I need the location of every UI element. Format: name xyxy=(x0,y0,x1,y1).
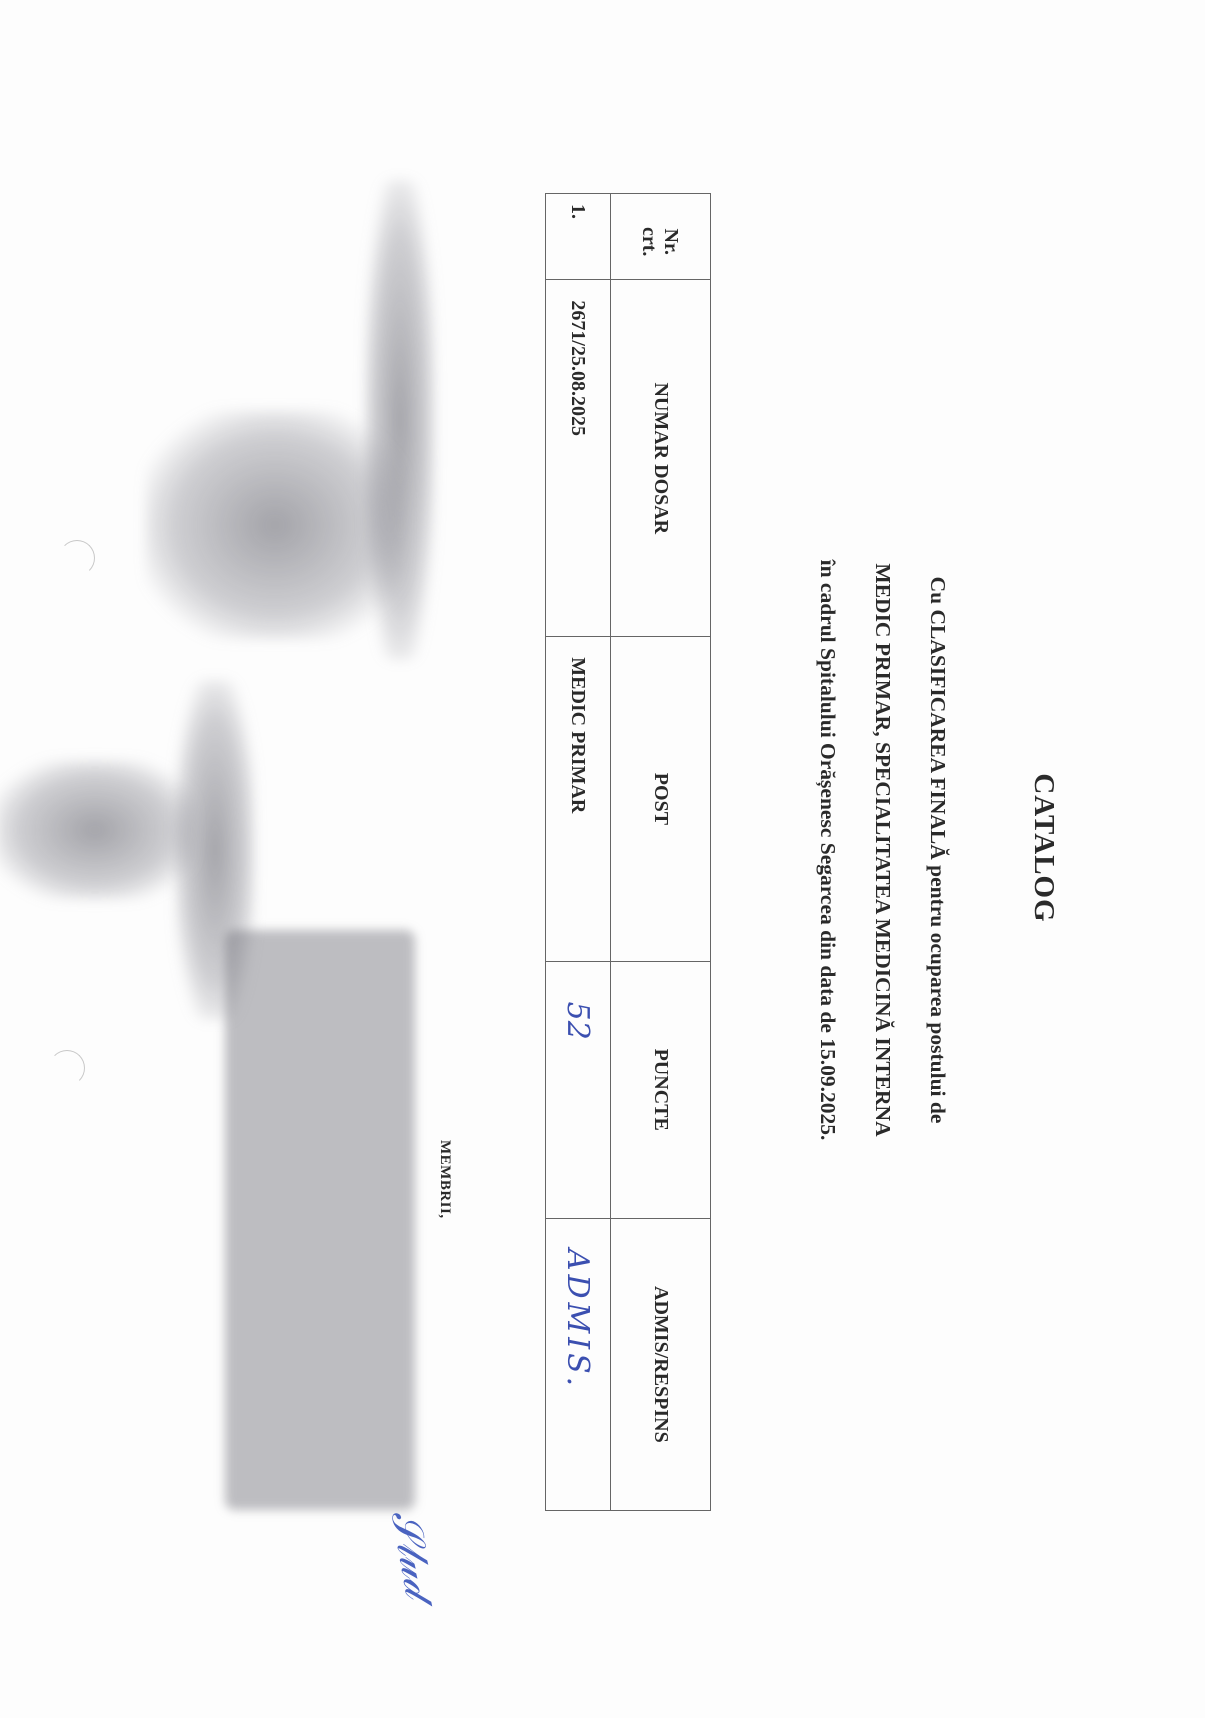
header-puncte: PUNCTE xyxy=(611,961,711,1218)
punch-hole-mark xyxy=(49,1050,85,1086)
subtitle-line-3: în cadrul Spitalului Orășenesc Segarcea … xyxy=(815,500,840,1200)
header-nr-line2: crt. xyxy=(639,227,661,256)
redacted-signature-2 xyxy=(145,410,405,640)
table-row: 1. 2671/25.08.2025 MEDIC PRIMAR 52 ADMIS… xyxy=(546,194,611,1511)
members-label: MEMBRII, xyxy=(436,1140,453,1219)
punch-hole-mark xyxy=(59,540,95,576)
header-post: POST xyxy=(611,637,711,961)
header-admis-respins: ADMIS/RESPINS xyxy=(611,1218,711,1510)
subtitle-line-2: MEDIC PRIMAR, SPECIALITATEA MEDICINĂ INT… xyxy=(870,500,895,1200)
cell-nr: 1. xyxy=(546,194,611,280)
header-numar-dosar: NUMAR DOSAR xyxy=(611,280,711,637)
cell-admis-handwritten: ADMIS. xyxy=(546,1218,611,1510)
classification-table: Nr. crt. NUMAR DOSAR POST PUNCTE ADMIS/R… xyxy=(545,193,711,1511)
cell-numar-dosar: 2671/25.08.2025 xyxy=(546,280,611,637)
header-nr-crt: Nr. crt. xyxy=(611,194,711,280)
redacted-names-block xyxy=(225,930,415,1510)
redacted-signature-4 xyxy=(0,760,195,900)
header-nr-line1: Nr. xyxy=(661,228,683,254)
scanned-document-page: CATALOG Cu CLASIFICAREA FINALĂ pentru oc… xyxy=(0,0,1205,1718)
subtitle-line-1: Cu CLASIFICAREA FINALĂ pentru ocuparea p… xyxy=(925,500,950,1200)
document-title: CATALOG xyxy=(1027,753,1060,943)
cell-post: MEDIC PRIMAR xyxy=(546,637,611,961)
cell-puncte-handwritten: 52 xyxy=(546,961,611,1218)
table-header-row: Nr. crt. NUMAR DOSAR POST PUNCTE ADMIS/R… xyxy=(611,194,711,1511)
handwritten-signature: 𝒮𝓁𝓊𝒹 xyxy=(382,1507,442,1601)
